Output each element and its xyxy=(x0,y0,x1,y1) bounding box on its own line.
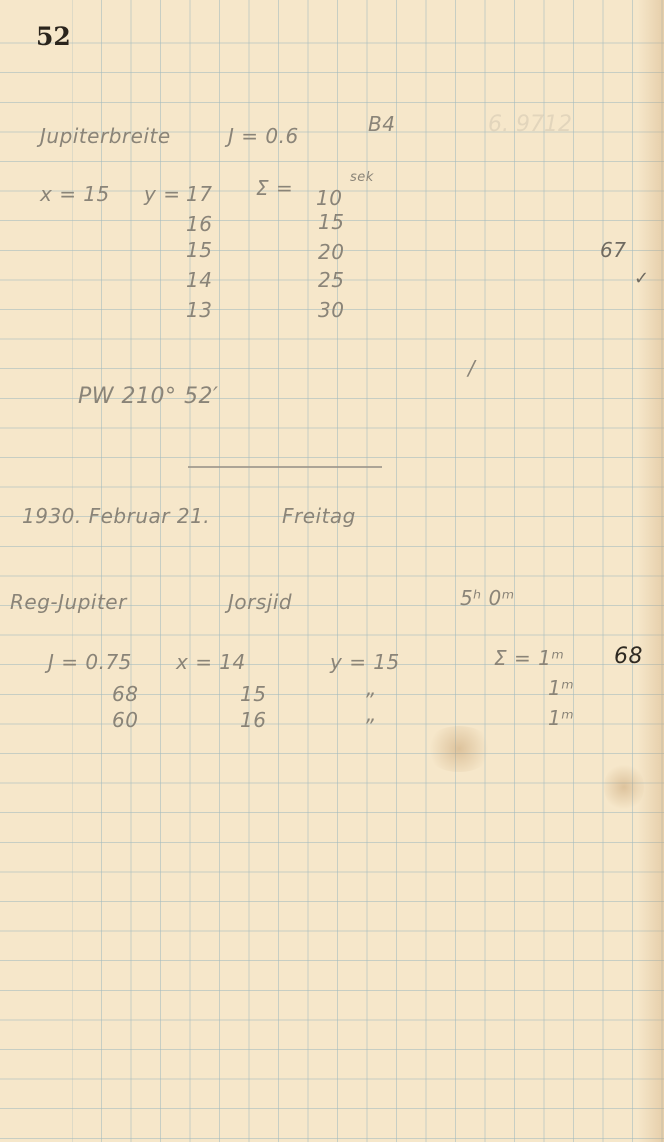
entry1-y-label: y = xyxy=(144,182,180,206)
entry2-label: Jorsjid xyxy=(228,590,292,614)
entry2-row-x: 16 xyxy=(240,708,266,732)
entry2-row-y: y = 15 xyxy=(330,650,400,674)
entry2-row-y: „ xyxy=(366,702,377,726)
entry1-row-y: 13 xyxy=(186,298,212,322)
entry1-code: B4 xyxy=(368,112,395,136)
entry1-margin-number: 67 xyxy=(600,238,626,262)
entry2-row-x: x = 14 xyxy=(176,650,246,674)
entry1-row-y: 14 xyxy=(186,268,212,292)
paper-stain xyxy=(604,762,644,812)
entry2-row-sigma: Σ = 1ᵐ xyxy=(494,646,564,670)
entry1-row-sigma: 20 xyxy=(318,240,344,264)
entry1-row-sigma: 15 xyxy=(318,210,344,234)
entry1-x-label: x = 15 xyxy=(40,182,110,206)
entry1-row-y: 16 xyxy=(186,212,212,236)
entry1-position-angle: PW 210° 52′ xyxy=(78,384,219,409)
entry1-row-sigma: 25 xyxy=(318,268,344,292)
entry2-row-sigma: 1ᵐ xyxy=(548,676,574,700)
entry2-row-j: 60 xyxy=(112,708,138,732)
entry1-row-sigma: 30 xyxy=(318,298,344,322)
entry1-row-sigma: 10 xyxy=(316,186,342,210)
entry2-row-x: 15 xyxy=(240,682,266,706)
entry2-weekday: Freitag xyxy=(282,504,356,528)
page-number: 52 xyxy=(36,22,71,51)
entry1-j-value: J = 0.6 xyxy=(228,124,299,148)
entry2-date: 1930. Februar 21. xyxy=(22,504,210,528)
entry2-row-y: „ xyxy=(366,676,377,700)
entry1-sigma-label: Σ = xyxy=(256,176,293,200)
stroke-mark: / xyxy=(468,356,475,380)
entry2-margin-number: 68 xyxy=(614,644,643,669)
entry2-row-sigma: 1ᵐ xyxy=(548,706,574,730)
entry2-row-j: J = 0.75 xyxy=(48,650,132,674)
bleed-through-text: 6. 9712 xyxy=(488,112,572,137)
page-margin xyxy=(0,0,72,1142)
check-mark-icon: ✓ xyxy=(634,268,650,289)
entry2-time: 5ʰ 0ᵐ xyxy=(460,586,515,610)
entry2-row-j: 68 xyxy=(112,682,138,706)
entry1-row-y: 17 xyxy=(186,182,212,206)
entry2-subject: Reg-Jupiter xyxy=(10,590,127,614)
notebook-page xyxy=(0,0,664,1142)
entry1-row-y: 15 xyxy=(186,238,212,262)
entry1-unit: sek xyxy=(350,170,374,185)
entry1-title: Jupiterbreite xyxy=(40,124,171,148)
paper-stain xyxy=(424,726,494,772)
section-divider xyxy=(188,466,382,468)
